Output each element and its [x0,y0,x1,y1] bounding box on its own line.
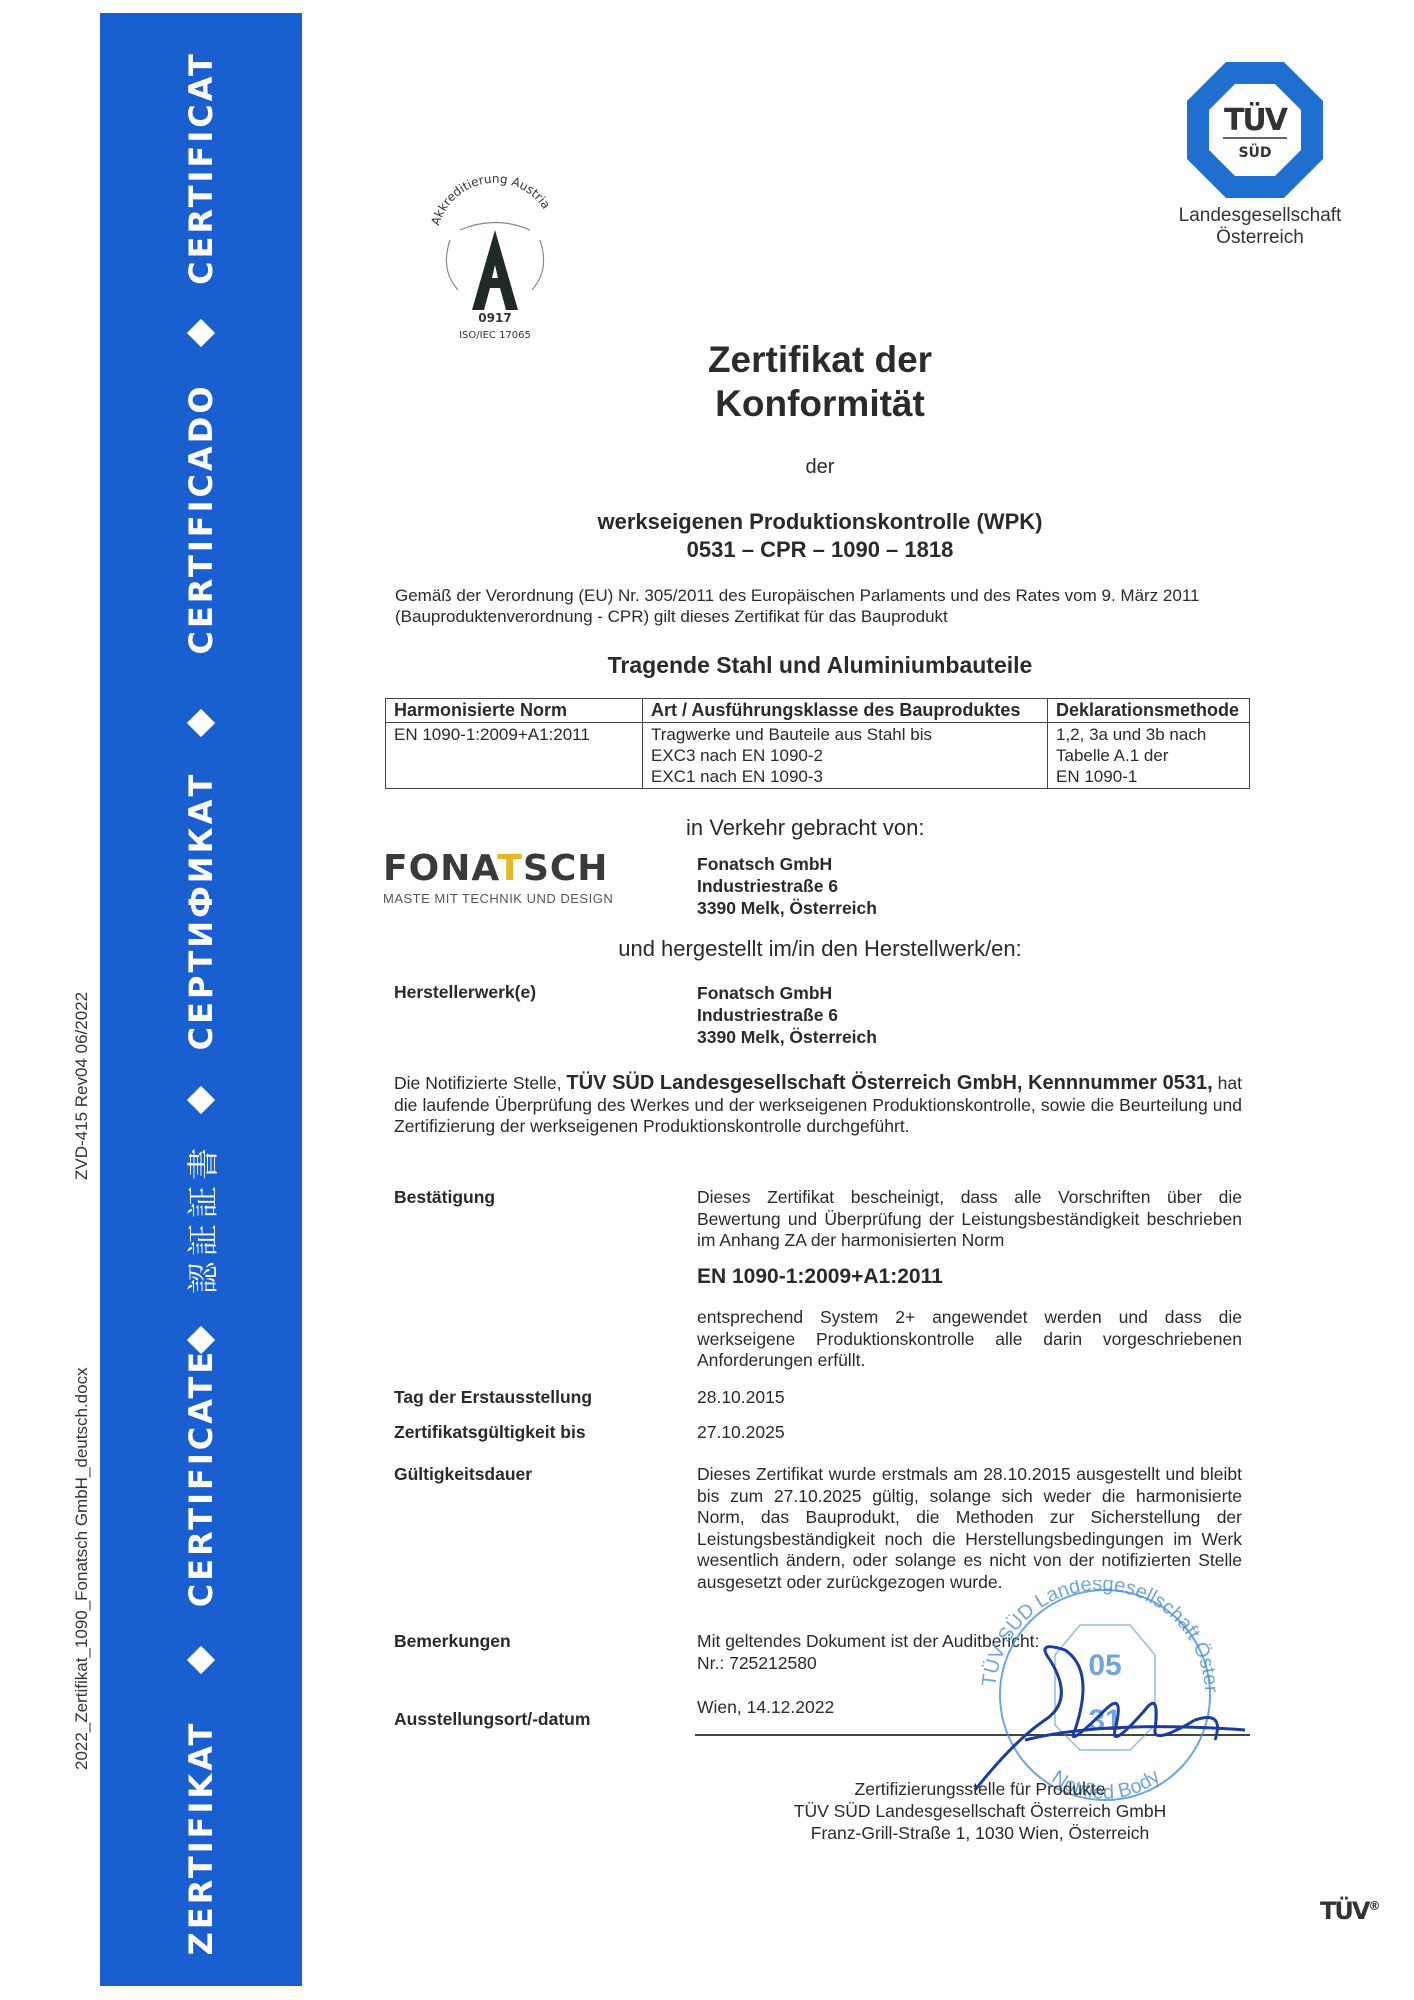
confirmation-text: Dieses Zertifikat bescheinigt, dass alle… [697,1187,1242,1252]
document-reference: ZVD-415 Rev04 06/2022 [72,992,92,1180]
document-filename: 2022_Zertifikat_1090_Fonatsch GmbH_deuts… [72,1367,92,1770]
cell-method: 1,2, 3a und 3b nach Tabelle A.1 der EN 1… [1048,723,1250,789]
fonatsch-tagline: MASTE MIT TECHNIK UND DESIGN [383,891,613,906]
band-label-spanish: CERTIFICADO [182,383,220,654]
manufacturer-label: Herstellerwerk(e) [394,982,536,1003]
col-header-art: Art / Ausführungsklasse des Bauproduktes [643,699,1048,723]
svg-text:SÜD: SÜD [1238,143,1271,161]
band-label-russian: СЕРТИФИКАТ [182,772,220,1051]
tuv-logo-caption: Landesgesellschaft Österreich [1160,205,1360,249]
notified-body-name: TÜV SÜD Landesgesellschaft Österreich Gm… [566,1072,1212,1094]
title-line1: Zertifikat der [390,338,1250,382]
title-line2: Konformität [390,382,1250,426]
tuv-registered-mark: TÜV® [1320,1897,1380,1925]
footer-line1: Zertifizierungsstelle für Produkte [700,1778,1260,1800]
side-band-labels: ZERTIFIKAT CERTIFICATE 認証証書 СЕРТИФИКАТ C… [100,13,302,1986]
cell-norm: EN 1090-1:2009+A1:2011 [386,723,643,789]
table-row: EN 1090-1:2009+A1:2011 Tragwerke und Bau… [386,723,1250,789]
method-line: Tabelle A.1 der [1056,745,1241,766]
diamond-icon [187,319,215,347]
manufactured-heading: und hergestellt im/in den Herstellwerk/e… [390,936,1250,962]
tuv-sud-logo: TÜV SÜD [1185,60,1325,200]
band-label-japanese: 認証証書 [178,1142,224,1294]
svg-text:TÜV: TÜV [1224,101,1289,138]
manufacturer-address: Fonatsch GmbH Industriestraße 6 3390 Mel… [697,982,877,1048]
cell-art: Tragwerke und Bauteile aus Stahl bis EXC… [643,723,1048,789]
wpk-title: werkseigenen Produktionskontrolle (WPK) [390,508,1250,536]
validity-label: Gültigkeitsdauer [394,1464,532,1485]
svg-text:Akkreditierung Austria: Akkreditierung Austria [428,172,553,227]
svg-text:0917: 0917 [478,311,511,325]
svg-text:05: 05 [1088,1649,1121,1682]
page-title: Zertifikat der Konformität [390,338,1250,426]
tuv-caption-line1: Landesgesellschaft [1160,205,1360,227]
norm-table: Harmonisierte Norm Art / Ausführungsklas… [385,698,1250,789]
diamond-icon [187,1086,215,1114]
remarks-label: Bemerkungen [394,1631,511,1652]
confirmation-norm: EN 1090-1:2009+A1:2011 [697,1265,943,1289]
band-label-zertifikat: ZERTIFIKAT [182,1721,220,1956]
band-label-french: CERTIFICAT [182,51,220,285]
table-header-row: Harmonisierte Norm Art / Ausführungsklas… [386,699,1250,723]
title-connector: der [390,456,1250,479]
art-line: EXC1 nach EN 1090-3 [651,766,1039,787]
method-line: 1,2, 3a und 3b nach [1056,724,1241,745]
fonatsch-logo: FONATSCH MASTE MIT TECHNIK UND DESIGN [383,848,613,906]
validity-text: Dieses Zertifikat wurde erstmals am 28.1… [697,1464,1242,1593]
regulation-intro: Gemäß der Verordnung (EU) Nr. 305/2011 d… [395,585,1245,627]
accreditation-austria-logo: Akkreditierung Austria 0917 ISO/IEC 1706… [420,170,570,340]
issue-place-label: Ausstellungsort/-datum [394,1709,590,1730]
first-issue-label: Tag der Erstausstellung [394,1387,592,1408]
confirmation-label: Bestätigung [394,1187,495,1208]
art-line: EXC3 nach EN 1090-2 [651,745,1039,766]
plant-street: Industriestraße 6 [697,1004,877,1026]
company-name: Fonatsch GmbH [697,853,877,875]
band-label-certificate: CERTIFICATE [182,1349,220,1608]
valid-until-label: Zertifikatsgültigkeit bis [394,1422,586,1443]
first-issue-date: 28.10.2015 [697,1387,1242,1409]
tuv-caption-line2: Österreich [1160,227,1360,249]
plant-city: 3390 Melk, Österreich [697,1026,877,1048]
wpk-heading: werkseigenen Produktionskontrolle (WPK) … [390,508,1250,564]
confirmation-text-2: entsprechend System 2+ angewendet werden… [697,1307,1242,1372]
valid-until-date: 27.10.2025 [697,1422,1242,1444]
footer-line2: TÜV SÜD Landesgesellschaft Österreich Gm… [700,1800,1260,1822]
plant-name: Fonatsch GmbH [697,982,877,1004]
product-name: Tragende Stahl und Aluminiumbauteile [390,652,1250,679]
nb-pre: Die Notifizierte Stelle, [394,1073,566,1093]
certification-body-footer: Zertifizierungsstelle für Produkte TÜV S… [700,1778,1260,1844]
company-street: Industriestraße 6 [697,875,877,897]
diamond-icon [187,1646,215,1674]
company-city: 3390 Melk, Österreich [697,897,877,919]
market-address: Fonatsch GmbH Industriestraße 6 3390 Mel… [697,853,877,919]
col-header-norm: Harmonisierte Norm [386,699,643,723]
notified-body-paragraph: Die Notifizierte Stelle, TÜV SÜD Landesg… [394,1073,1242,1138]
certificate-number: 0531 – CPR – 1090 – 1818 [390,536,1250,564]
placed-on-market-heading: in Verkehr gebracht von: [686,815,924,841]
footer-address: Franz-Grill-Straße 1, 1030 Wien, Österre… [700,1822,1260,1844]
fonatsch-wordmark: FONATSCH [383,848,613,889]
col-header-method: Deklarationsmethode [1048,699,1250,723]
method-line: EN 1090-1 [1056,766,1241,787]
notified-body-stamp: TÜV SÜD Landesgesellschaft Österreich Gm… [955,1580,1255,1810]
diamond-icon [187,709,215,737]
art-line: Tragwerke und Bauteile aus Stahl bis [651,724,1039,745]
